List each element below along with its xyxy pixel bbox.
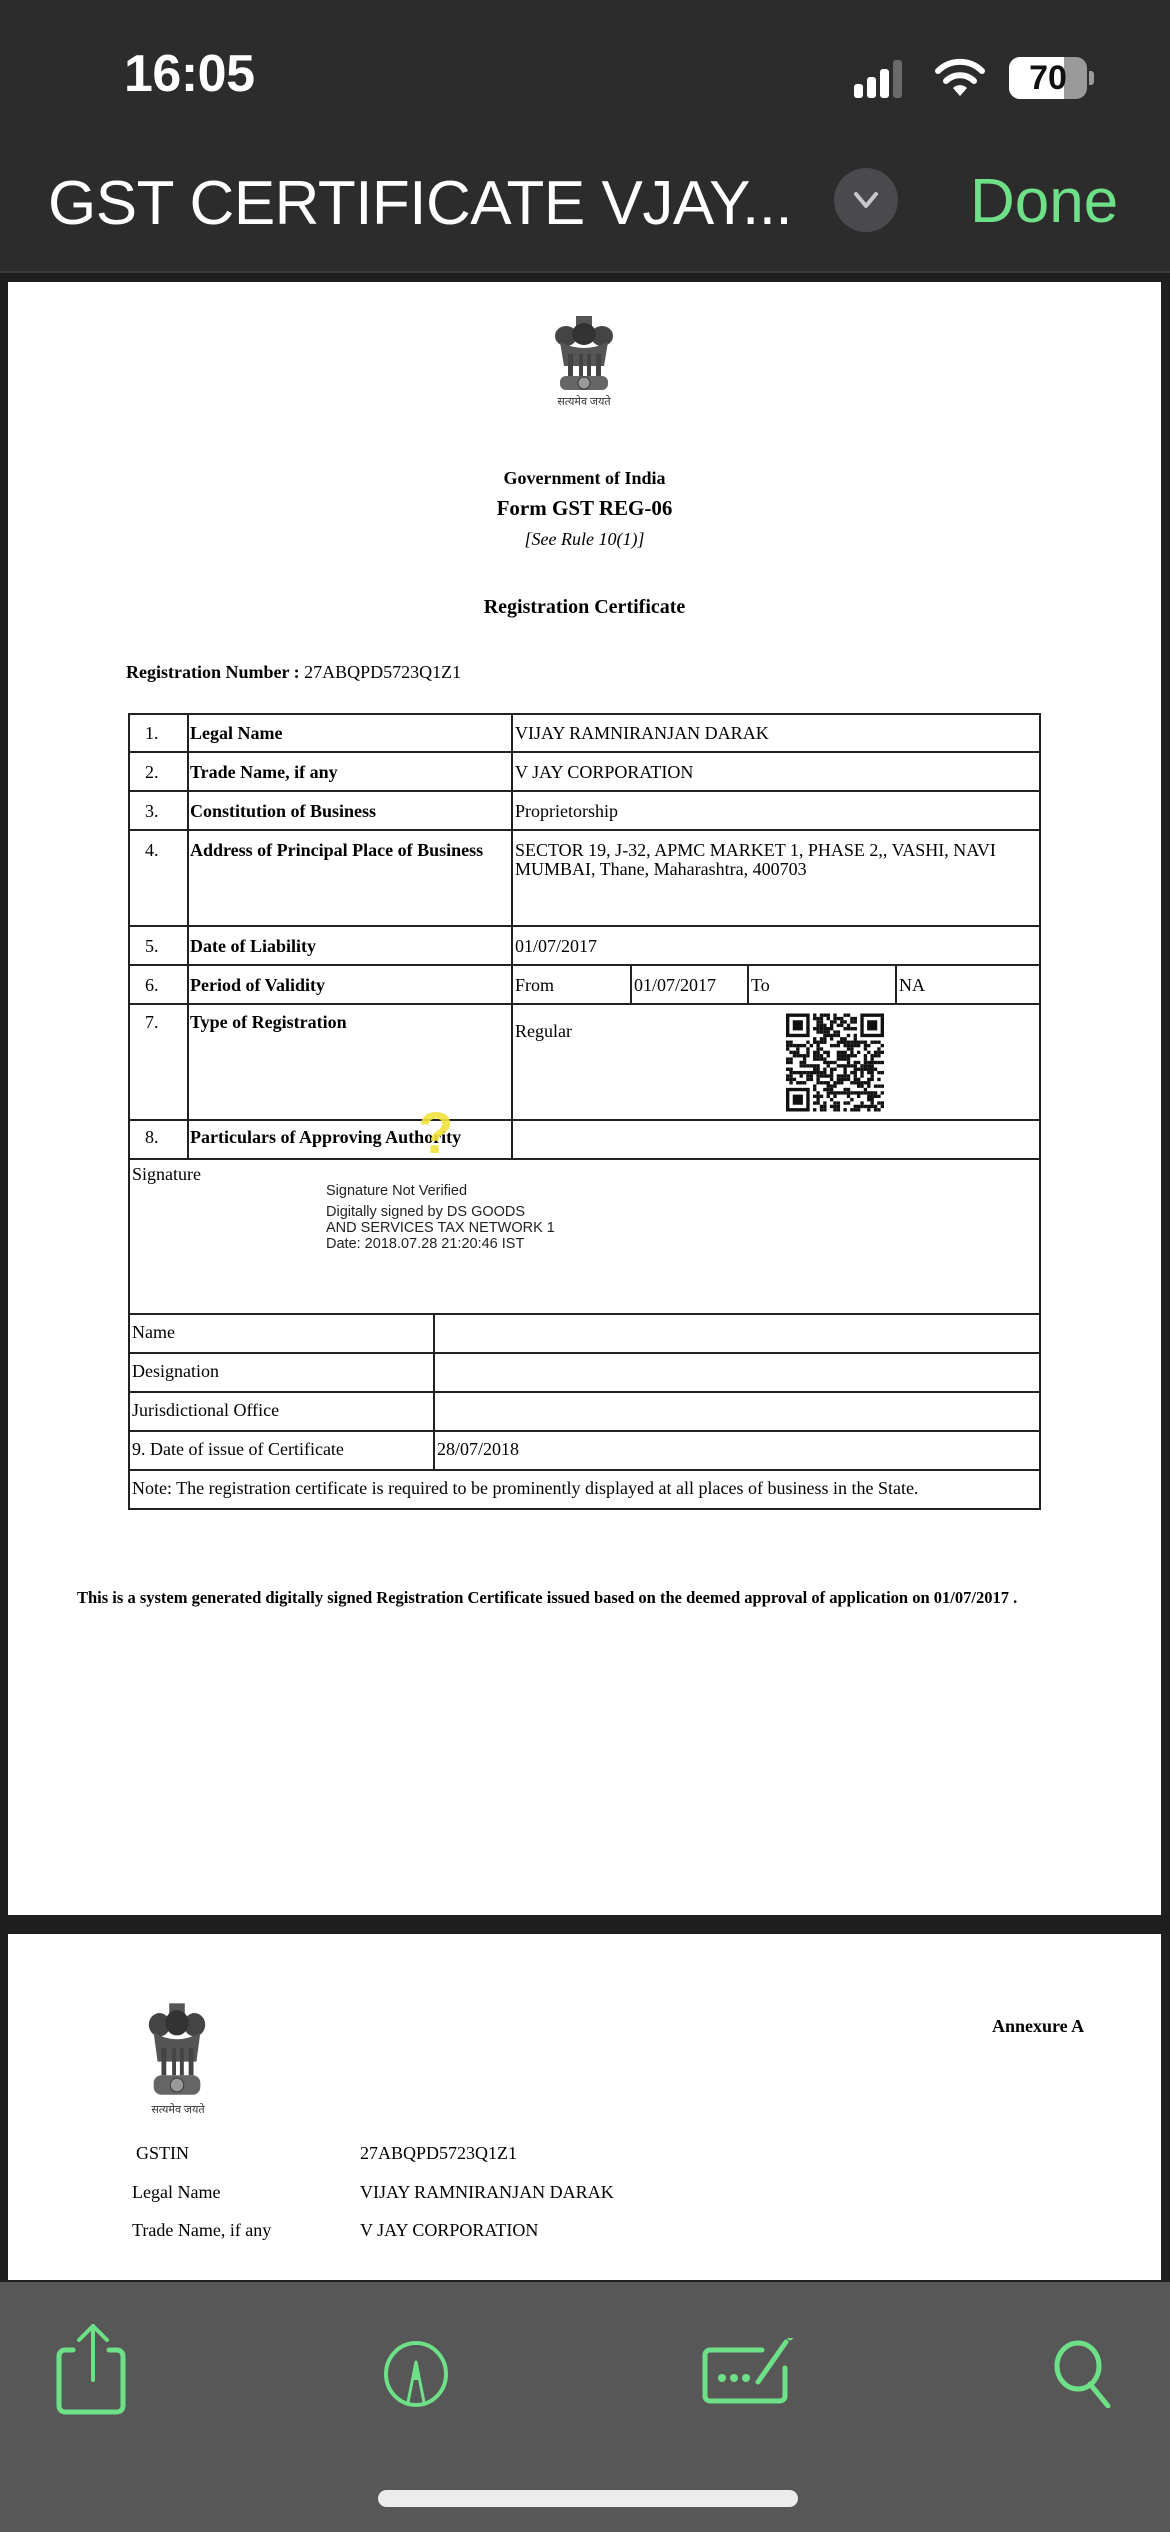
national-emblem-icon: [142, 2000, 212, 2100]
address-value: SECTOR 19, J-32, APMC MARKET 1, PHASE 2,…: [515, 841, 1035, 879]
government-heading: Government of India: [8, 468, 1161, 489]
registration-number: Registration Number : 27ABQPD5723Q1Z1: [126, 662, 461, 683]
done-button[interactable]: Done: [970, 166, 1118, 237]
digital-signature-block[interactable]: Signature Not Verified Digitally signed …: [326, 1183, 555, 1252]
registration-type-value: Regular: [515, 1022, 572, 1041]
gstin-value: 27ABQPD5723Q1Z1: [360, 2143, 517, 2164]
status-bar: 16:05 70: [0, 0, 1170, 150]
search-icon[interactable]: [1050, 2340, 1120, 2408]
signature-label: Signature: [132, 1164, 201, 1185]
status-time: 16:05: [124, 44, 255, 104]
legal-name-value: VIJAY RAMNIRANJAN DARAK: [515, 724, 769, 743]
cellular-signal-icon: [854, 58, 902, 98]
battery-percent: 70: [1009, 57, 1087, 99]
emblem-motto: सत्यमेव जयते: [128, 2102, 228, 2117]
annexure-title: Annexure A: [992, 2016, 1084, 2037]
document-page-1[interactable]: सत्यमेव जयते Government of India Form GS…: [8, 282, 1161, 1915]
system-generated-note: This is a system generated digitally sig…: [77, 1588, 1017, 1608]
nav-bar: GST CERTIFICATE VJAY... Done: [0, 150, 1170, 273]
document-page-2[interactable]: सत्यमेव जयते Annexure A GSTIN 27ABQPD572…: [8, 1934, 1161, 2280]
qr-code[interactable]: [786, 1013, 884, 1112]
markup-icon[interactable]: [382, 2340, 450, 2408]
national-emblem-icon: [548, 314, 620, 392]
emblem-motto: सत्यमेव जयते: [534, 394, 634, 409]
share-icon[interactable]: [55, 2322, 131, 2418]
document-title[interactable]: GST CERTIFICATE VJAY...: [48, 168, 792, 239]
issue-date-value: 28/07/2018: [437, 1440, 519, 1459]
chevron-down-icon: [852, 188, 880, 212]
liability-date-value: 01/07/2017: [515, 937, 597, 956]
fill-sign-icon[interactable]: [700, 2338, 804, 2408]
battery-icon: 70: [1009, 57, 1095, 99]
constitution-value: Proprietorship: [515, 802, 618, 821]
display-note: Note: The registration certificate is re…: [132, 1479, 918, 1498]
trade-name-value: V JAY CORPORATION: [515, 763, 693, 782]
form-title: Form GST REG-06: [8, 496, 1161, 521]
wifi-icon: [934, 56, 986, 98]
rule-reference: [See Rule 10(1)]: [8, 529, 1161, 550]
signature-unverified-icon[interactable]: ?: [418, 1100, 453, 1167]
validity-to-value: NA: [899, 976, 925, 995]
certificate-title: Registration Certificate: [8, 596, 1161, 619]
home-indicator[interactable]: [378, 2490, 798, 2507]
title-menu-button[interactable]: [834, 168, 898, 232]
validity-from-value: 01/07/2017: [634, 976, 716, 995]
